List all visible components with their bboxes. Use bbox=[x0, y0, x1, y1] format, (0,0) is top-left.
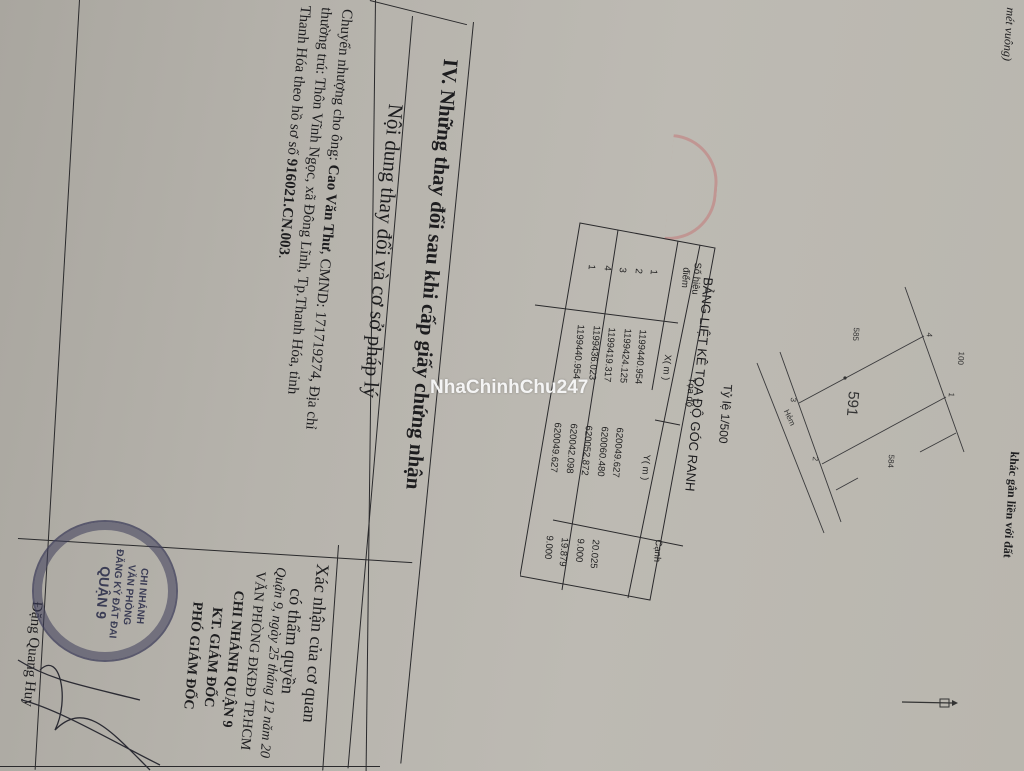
parcel-number: 591 bbox=[843, 391, 862, 417]
cell-point: 2 bbox=[632, 268, 643, 274]
corner-point-2: 2 bbox=[811, 456, 820, 461]
cell-point: 1 bbox=[648, 269, 659, 275]
header-fragment-top: mét vuông) bbox=[999, 7, 1018, 62]
neighbor-585-text: 585 bbox=[851, 327, 861, 341]
form-border-top bbox=[370, 0, 467, 25]
section-iv-title: IV. Những thay đổi sau khi cấp giấy chứn… bbox=[400, 58, 463, 491]
content-heading-text: Nội dung thay đổi và cơ sở pháp lý bbox=[358, 103, 408, 399]
cell-edge: 9.000 bbox=[572, 538, 585, 563]
cell-point: 3 bbox=[617, 267, 628, 273]
neighbor-584-text: 584 bbox=[886, 454, 896, 468]
cell-point: 1 bbox=[586, 264, 597, 270]
change-description: Chuyển nhượng cho ông: Cao Văn Thư, CMND… bbox=[257, 5, 357, 431]
neighbor-100-text: 100 bbox=[956, 351, 966, 365]
corner-2: 2 bbox=[811, 456, 820, 461]
header-x-text: X( m ) bbox=[660, 354, 673, 381]
header-edge-text: Cạnh bbox=[651, 539, 664, 563]
dossier-suffix: . bbox=[275, 254, 291, 259]
section-iv-title-text: IV. Những thay đổi sau khi cấp giấy chứn… bbox=[401, 58, 463, 491]
north-arrow-icon bbox=[900, 690, 960, 710]
watermark-text: NhaChinhChu247 bbox=[430, 377, 588, 398]
neighbor-584: 584 bbox=[886, 454, 896, 468]
corner-3: 3 bbox=[789, 397, 798, 402]
content-heading: Nội dung thay đổi và cơ sở pháp lý bbox=[357, 103, 408, 399]
coord-header-edge: Cạnh bbox=[651, 539, 664, 563]
corner-1: 1 bbox=[947, 392, 956, 397]
coord-header-x: X( m ) bbox=[660, 354, 673, 381]
neighbor-585: 585 bbox=[851, 327, 861, 341]
corner-point-1: 1 bbox=[947, 392, 956, 397]
corner-point-3: 3 bbox=[789, 397, 798, 402]
coord-header-y: Y( m ) bbox=[639, 454, 652, 481]
signature-scribble bbox=[0, 560, 200, 771]
corner-4: 4 bbox=[925, 332, 934, 337]
boundary-marker bbox=[843, 376, 846, 379]
land-parcel-map bbox=[700, 250, 1024, 550]
corner-point-4: 4 bbox=[925, 332, 934, 337]
area-unit-fragment: mét vuông) bbox=[1000, 7, 1018, 62]
cell-edge: 9.000 bbox=[541, 535, 554, 560]
neighbor-100: 100 bbox=[956, 351, 966, 365]
header-y-text: Y( m ) bbox=[639, 454, 652, 481]
watermark: NhaChinhChu247 bbox=[430, 377, 588, 399]
owner-name: Cao Văn Thư bbox=[318, 164, 342, 252]
parcel-number-text: 591 bbox=[843, 391, 862, 417]
